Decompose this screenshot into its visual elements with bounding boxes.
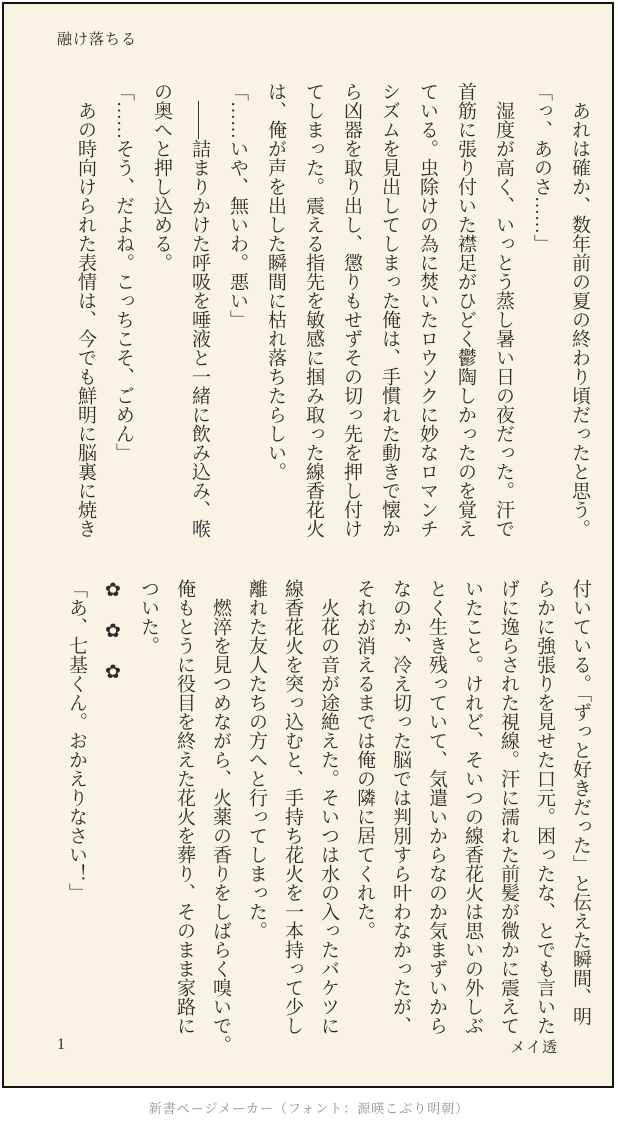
page-title: 融け落ちる [57,28,137,49]
text-block-bottom: 付いている。「ずっと好きだった」と伝えた瞬間、明らかに強張りを見せた口元。困った… [58,579,598,1041]
text-column: あれは確か、数年前の夏の終わり頃だったと思う。 [560,82,598,544]
text-column: 首筋に張り付いた襟足がひどく鬱陶しかったのを覚え [446,82,484,544]
text-column: は、俺が声を出した瞬間に枯れ落ちたらしい。 [256,82,294,544]
text-block-top: あれは確か、数年前の夏の終わり頃だったと思う。「っ、あのさ……」 湿度が高く、い… [66,82,598,544]
text-column: の奥へと押し込める。 [142,82,180,544]
text-column: ――詰まりかけた呼吸を唾液と一緒に飲み込み、喉 [180,82,218,544]
generator-credit: 新書ページメーカー（フォント：源暎こぶり明朝） [0,1098,618,1117]
text-column: 線香花火を突っ込むと、手持ち花火を一本持って少し [274,579,310,1041]
text-column: いたこと。けれど、そいつの線香花火は思いの外しぶ [454,579,490,1041]
flower-divider: ✿ ✿ ✿ [94,579,130,1041]
text-column: 「……そう、だよね。こっちこそ、ごめん」 [104,82,142,544]
text-column: 「……いや、無いわ。悪い」 [218,82,256,544]
text-column: ている。虫除けの為に焚いたロウソクに妙なロマンチ [408,82,446,544]
text-column: 火花の音が途絶えた。そいつは水の入ったバケツに [310,579,346,1041]
text-column: てしまった。震える指先を敏感に掴み取った線香花火 [294,82,332,544]
novel-page: 融け落ちる あれは確か、数年前の夏の終わり頃だったと思う。「っ、あのさ……」 湿… [2,2,614,1088]
text-column: あの時向けられた表情は、今でも鮮明に脳裏に焼き [66,82,104,544]
text-column: シズムを見出してしまった俺は、手慣れた動きで懐か [370,82,408,544]
text-column: げに逸らされた視線。汗に濡れた前髪が微かに震えて [490,579,526,1041]
text-column: ついた。 [130,579,166,1041]
text-column: 湿度が高く、いっとう蒸し暑い日の夜だった。汗で [484,82,522,544]
text-column: 俺もとうに役目を終えた花火を葬り、そのまま家路に [166,579,202,1041]
text-column: 「あ、七基くん。おかえりなさい！」 [58,579,94,1041]
text-column: らかに強張りを見せた口元。困ったな、とでも言いた [526,579,562,1041]
text-column: なのか、冷え切った脳では判別すら叶わなかったが、 [382,579,418,1041]
page-number: 1 [57,1036,65,1054]
text-column: それが消えるまでは俺の隣に居てくれた。 [346,579,382,1041]
text-column: 「っ、あのさ……」 [522,82,560,544]
text-column: とく生き残っていて、気遣いからなのか気まずいから [418,579,454,1041]
text-column: ら凶器を取り出し、懲りもせずその切っ先を押し付け [332,82,370,544]
text-column: 離れた友人たちの方へと行ってしまった。 [238,579,274,1041]
text-column: 燃淬を見つめながら、火薬の香りをしばらく嗅いで。 [202,579,238,1041]
text-column: 付いている。「ずっと好きだった」と伝えた瞬間、明 [562,579,598,1041]
author-name: メイ透 [510,1036,558,1057]
